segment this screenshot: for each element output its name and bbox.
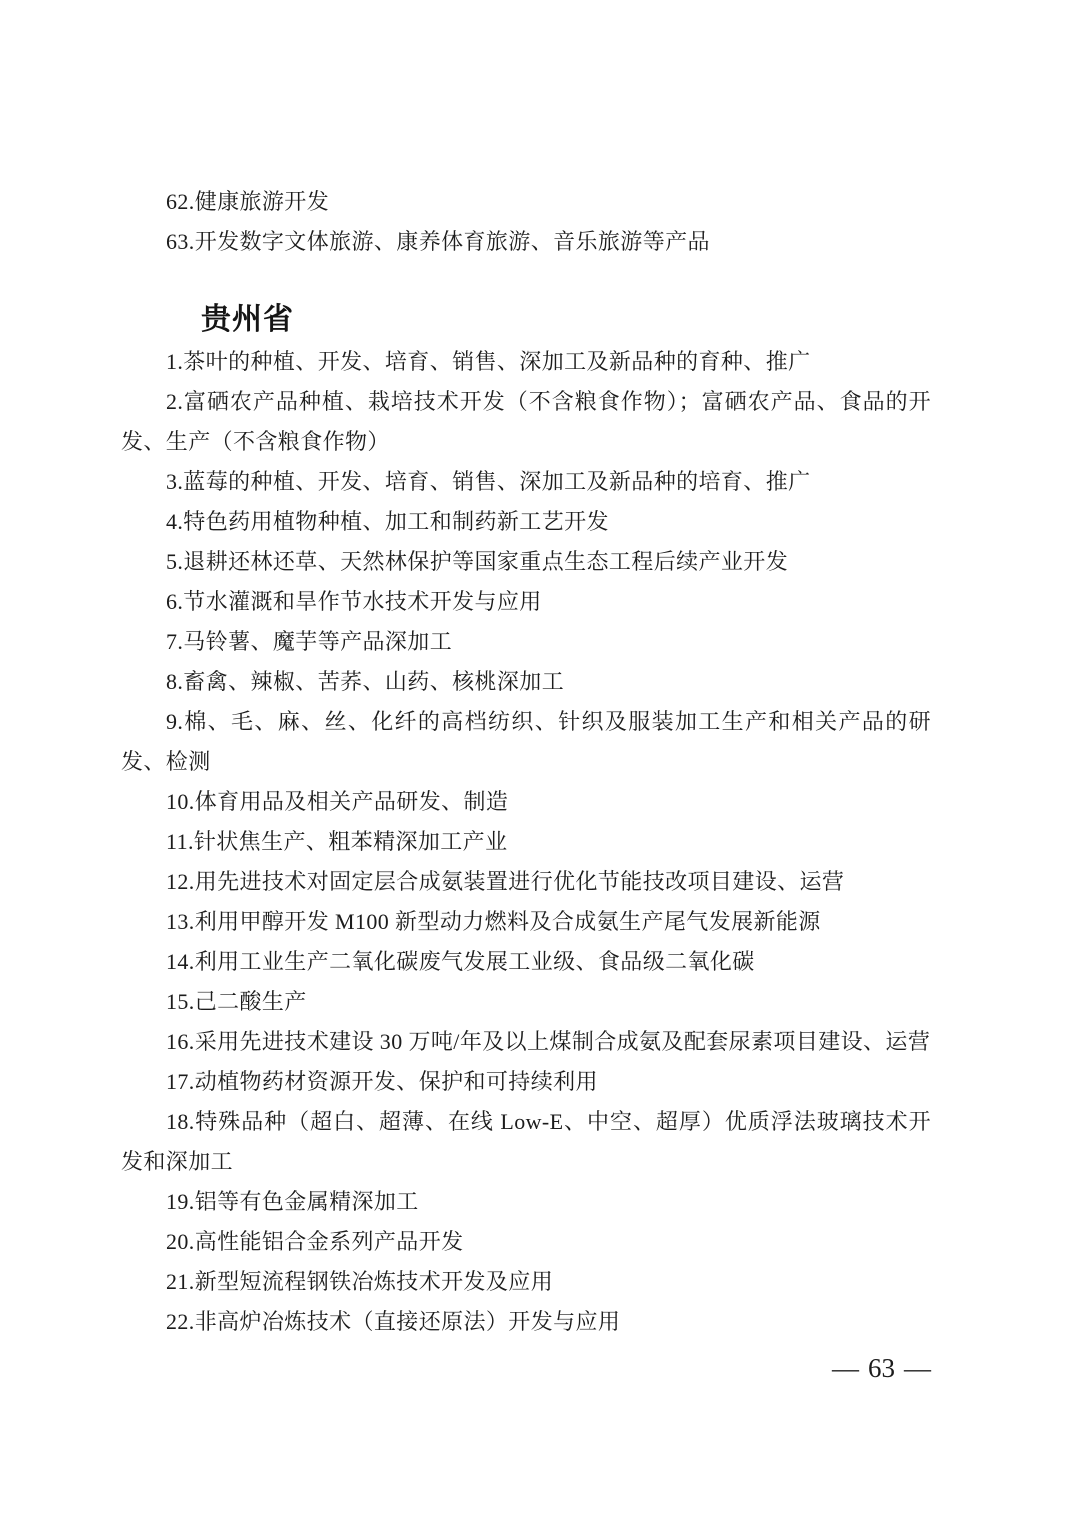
list-item: 1.茶叶的种植、开发、培育、销售、深加工及新品种的育种、推广 <box>121 342 931 382</box>
list-item: 11.针状焦生产、粗苯精深加工产业 <box>121 822 931 862</box>
footer-page-number: 63 <box>859 1353 904 1383</box>
list-item: 21.新型短流程钢铁冶炼技术开发及应用 <box>121 1262 931 1302</box>
continued-list: 62.健康旅游开发63.开发数字文体旅游、康养体育旅游、音乐旅游等产品 <box>121 182 931 262</box>
footer-dash-right: — <box>904 1353 931 1383</box>
list-item: 2.富硒农产品种植、栽培技术开发（不含粮食作物）；富硒农产品、食品的开发、生产（… <box>121 382 931 462</box>
list-item: 7.马铃薯、魔芋等产品深加工 <box>121 622 931 662</box>
list-item: 5.退耕还林还草、天然林保护等国家重点生态工程后续产业开发 <box>121 542 931 582</box>
list-item: 20.高性能铝合金系列产品开发 <box>121 1222 931 1262</box>
footer-dash-left: — <box>832 1353 859 1383</box>
catalog-list: 1.茶叶的种植、开发、培育、销售、深加工及新品种的育种、推广2.富硒农产品种植、… <box>121 342 931 1342</box>
list-item: 4.特色药用植物种植、加工和制药新工艺开发 <box>121 502 931 542</box>
list-item: 10.体育用品及相关产品研发、制造 <box>121 782 931 822</box>
list-item: 18.特殊品种（超白、超薄、在线 Low-E、中空、超厚）优质浮法玻璃技术开发和… <box>121 1102 931 1182</box>
page-footer: —63— <box>832 1348 931 1388</box>
document-body: 62.健康旅游开发63.开发数字文体旅游、康养体育旅游、音乐旅游等产品 贵州省 … <box>121 182 931 1342</box>
list-item: 8.畜禽、辣椒、苦荞、山药、核桃深加工 <box>121 662 931 702</box>
list-item: 22.非高炉冶炼技术（直接还原法）开发与应用 <box>121 1302 931 1342</box>
document-page: 62.健康旅游开发63.开发数字文体旅游、康养体育旅游、音乐旅游等产品 贵州省 … <box>0 0 1074 1520</box>
list-item: 12.用先进技术对固定层合成氨装置进行优化节能技改项目建设、运营 <box>121 862 931 902</box>
list-item: 19.铝等有色金属精深加工 <box>121 1182 931 1222</box>
list-item: 14.利用工业生产二氧化碳废气发展工业级、食品级二氧化碳 <box>121 942 931 982</box>
province-heading: 贵州省 <box>201 298 931 342</box>
list-item: 13.利用甲醇开发 M100 新型动力燃料及合成氨生产尾气发展新能源 <box>121 902 931 942</box>
list-item: 17.动植物药材资源开发、保护和可持续利用 <box>121 1062 931 1102</box>
list-item: 9.棉、毛、麻、丝、化纤的高档纺织、针织及服装加工生产和相关产品的研发、检测 <box>121 702 931 782</box>
list-item: 16.采用先进技术建设 30 万吨/年及以上煤制合成氨及配套尿素项目建设、运营 <box>121 1022 931 1062</box>
list-item: 15.己二酸生产 <box>121 982 931 1022</box>
list-item: 62.健康旅游开发 <box>121 182 931 222</box>
list-item: 63.开发数字文体旅游、康养体育旅游、音乐旅游等产品 <box>121 222 931 262</box>
list-item: 6.节水灌溉和旱作节水技术开发与应用 <box>121 582 931 622</box>
list-item: 3.蓝莓的种植、开发、培育、销售、深加工及新品种的培育、推广 <box>121 462 931 502</box>
